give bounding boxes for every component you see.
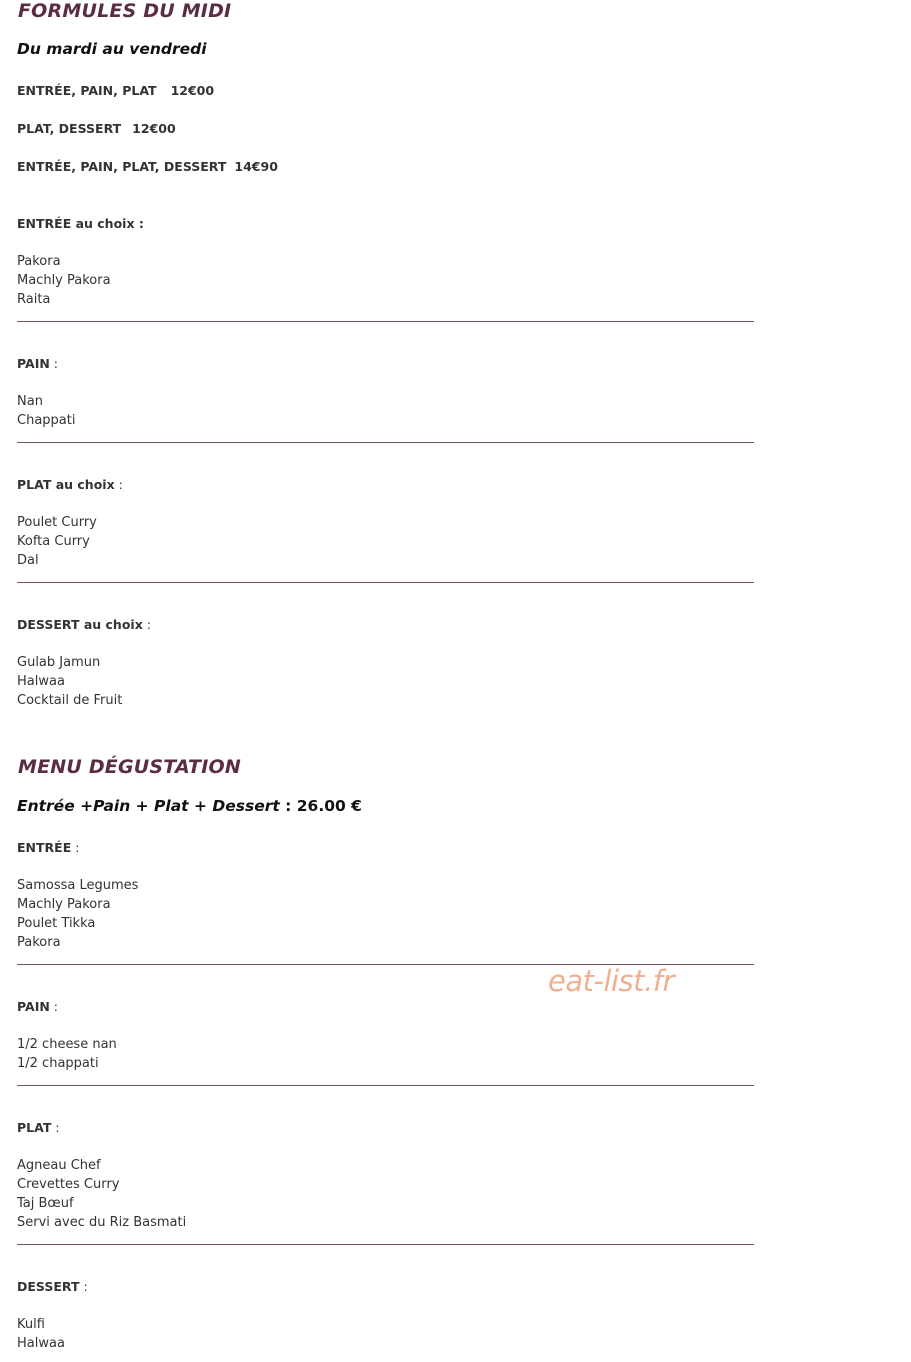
formula-row: PLAT, DESSERT12€00: [17, 121, 176, 136]
list-item: Taj Bœuf: [17, 1194, 186, 1213]
degustation-items-plat: Agneau Chef Crevettes Curry Taj Bœuf Ser…: [17, 1156, 186, 1232]
section-items-entree: Pakora Machly Pakora Raita: [17, 252, 111, 309]
list-item: Poulet Curry: [17, 513, 97, 532]
list-item: Halwaa: [17, 1334, 65, 1353]
list-item: Pakora: [17, 252, 111, 271]
degustation-subtitle: Entrée +Pain + Plat + Dessert : 26.00 €: [17, 797, 362, 815]
section-heading-pain: PAIN :: [17, 356, 58, 371]
formula-label: ENTRÉE, PAIN, PLAT, DESSERT: [17, 159, 226, 174]
list-item: Crevettes Curry: [17, 1175, 186, 1194]
list-item: Kofta Curry: [17, 532, 97, 551]
degustation-heading-dessert: DESSERT :: [17, 1279, 88, 1294]
list-item: Samossa Legumes: [17, 876, 138, 895]
list-item: 1/2 chappati: [17, 1054, 117, 1073]
list-item: Kulfi: [17, 1315, 65, 1334]
list-item: Agneau Chef: [17, 1156, 186, 1175]
formules-title: FORMULES DU MIDI: [18, 0, 231, 22]
list-item: Cocktail de Fruit: [17, 691, 122, 710]
divider: [17, 1085, 754, 1086]
list-item: Raita: [17, 290, 111, 309]
list-item: Machly Pakora: [17, 895, 138, 914]
section-items-plat: Poulet Curry Kofta Curry Dal: [17, 513, 97, 570]
list-item: Gulab Jamun: [17, 653, 122, 672]
watermark: eat-list.fr: [548, 964, 674, 998]
degustation-items-entree: Samossa Legumes Machly Pakora Poulet Tik…: [17, 876, 138, 952]
list-item: Pakora: [17, 933, 138, 952]
list-item: Chappati: [17, 411, 75, 430]
section-heading-entree: ENTRÉE au choix :: [17, 216, 144, 231]
formula-price: 14€90: [234, 159, 278, 174]
formules-subtitle: Du mardi au vendredi: [17, 40, 207, 58]
formula-label: ENTRÉE, PAIN, PLAT: [17, 83, 157, 98]
degustation-heading-plat: PLAT :: [17, 1120, 60, 1135]
divider: [17, 1244, 754, 1245]
divider: [17, 321, 754, 322]
degustation-price: : 26.00 €: [280, 797, 362, 815]
degustation-title: MENU DÉGUSTATION: [18, 756, 241, 778]
formula-row: ENTRÉE, PAIN, PLAT, DESSERT14€90: [17, 159, 278, 174]
section-items-pain: Nan Chappati: [17, 392, 75, 430]
section-heading-dessert: DESSERT au choix :: [17, 617, 151, 632]
formula-price: 12€00: [171, 83, 215, 98]
divider: [17, 582, 754, 583]
degustation-heading-pain: PAIN :: [17, 999, 58, 1014]
list-item: Halwaa: [17, 672, 122, 691]
section-items-dessert: Gulab Jamun Halwaa Cocktail de Fruit: [17, 653, 122, 710]
degustation-items-dessert: Kulfi Halwaa: [17, 1315, 65, 1353]
formula-label: PLAT, DESSERT: [17, 121, 121, 136]
list-item: 1/2 cheese nan: [17, 1035, 117, 1054]
list-item: Servi avec du Riz Basmati: [17, 1213, 186, 1232]
degustation-heading-entree: ENTRÉE :: [17, 840, 79, 855]
divider: [17, 442, 754, 443]
degustation-items-pain: 1/2 cheese nan 1/2 chappati: [17, 1035, 117, 1073]
list-item: Nan: [17, 392, 75, 411]
list-item: Machly Pakora: [17, 271, 111, 290]
formula-price: 12€00: [132, 121, 176, 136]
section-heading-plat: PLAT au choix :: [17, 477, 123, 492]
list-item: Poulet Tikka: [17, 914, 138, 933]
formula-row: ENTRÉE, PAIN, PLAT12€00: [17, 83, 214, 98]
list-item: Dal: [17, 551, 97, 570]
